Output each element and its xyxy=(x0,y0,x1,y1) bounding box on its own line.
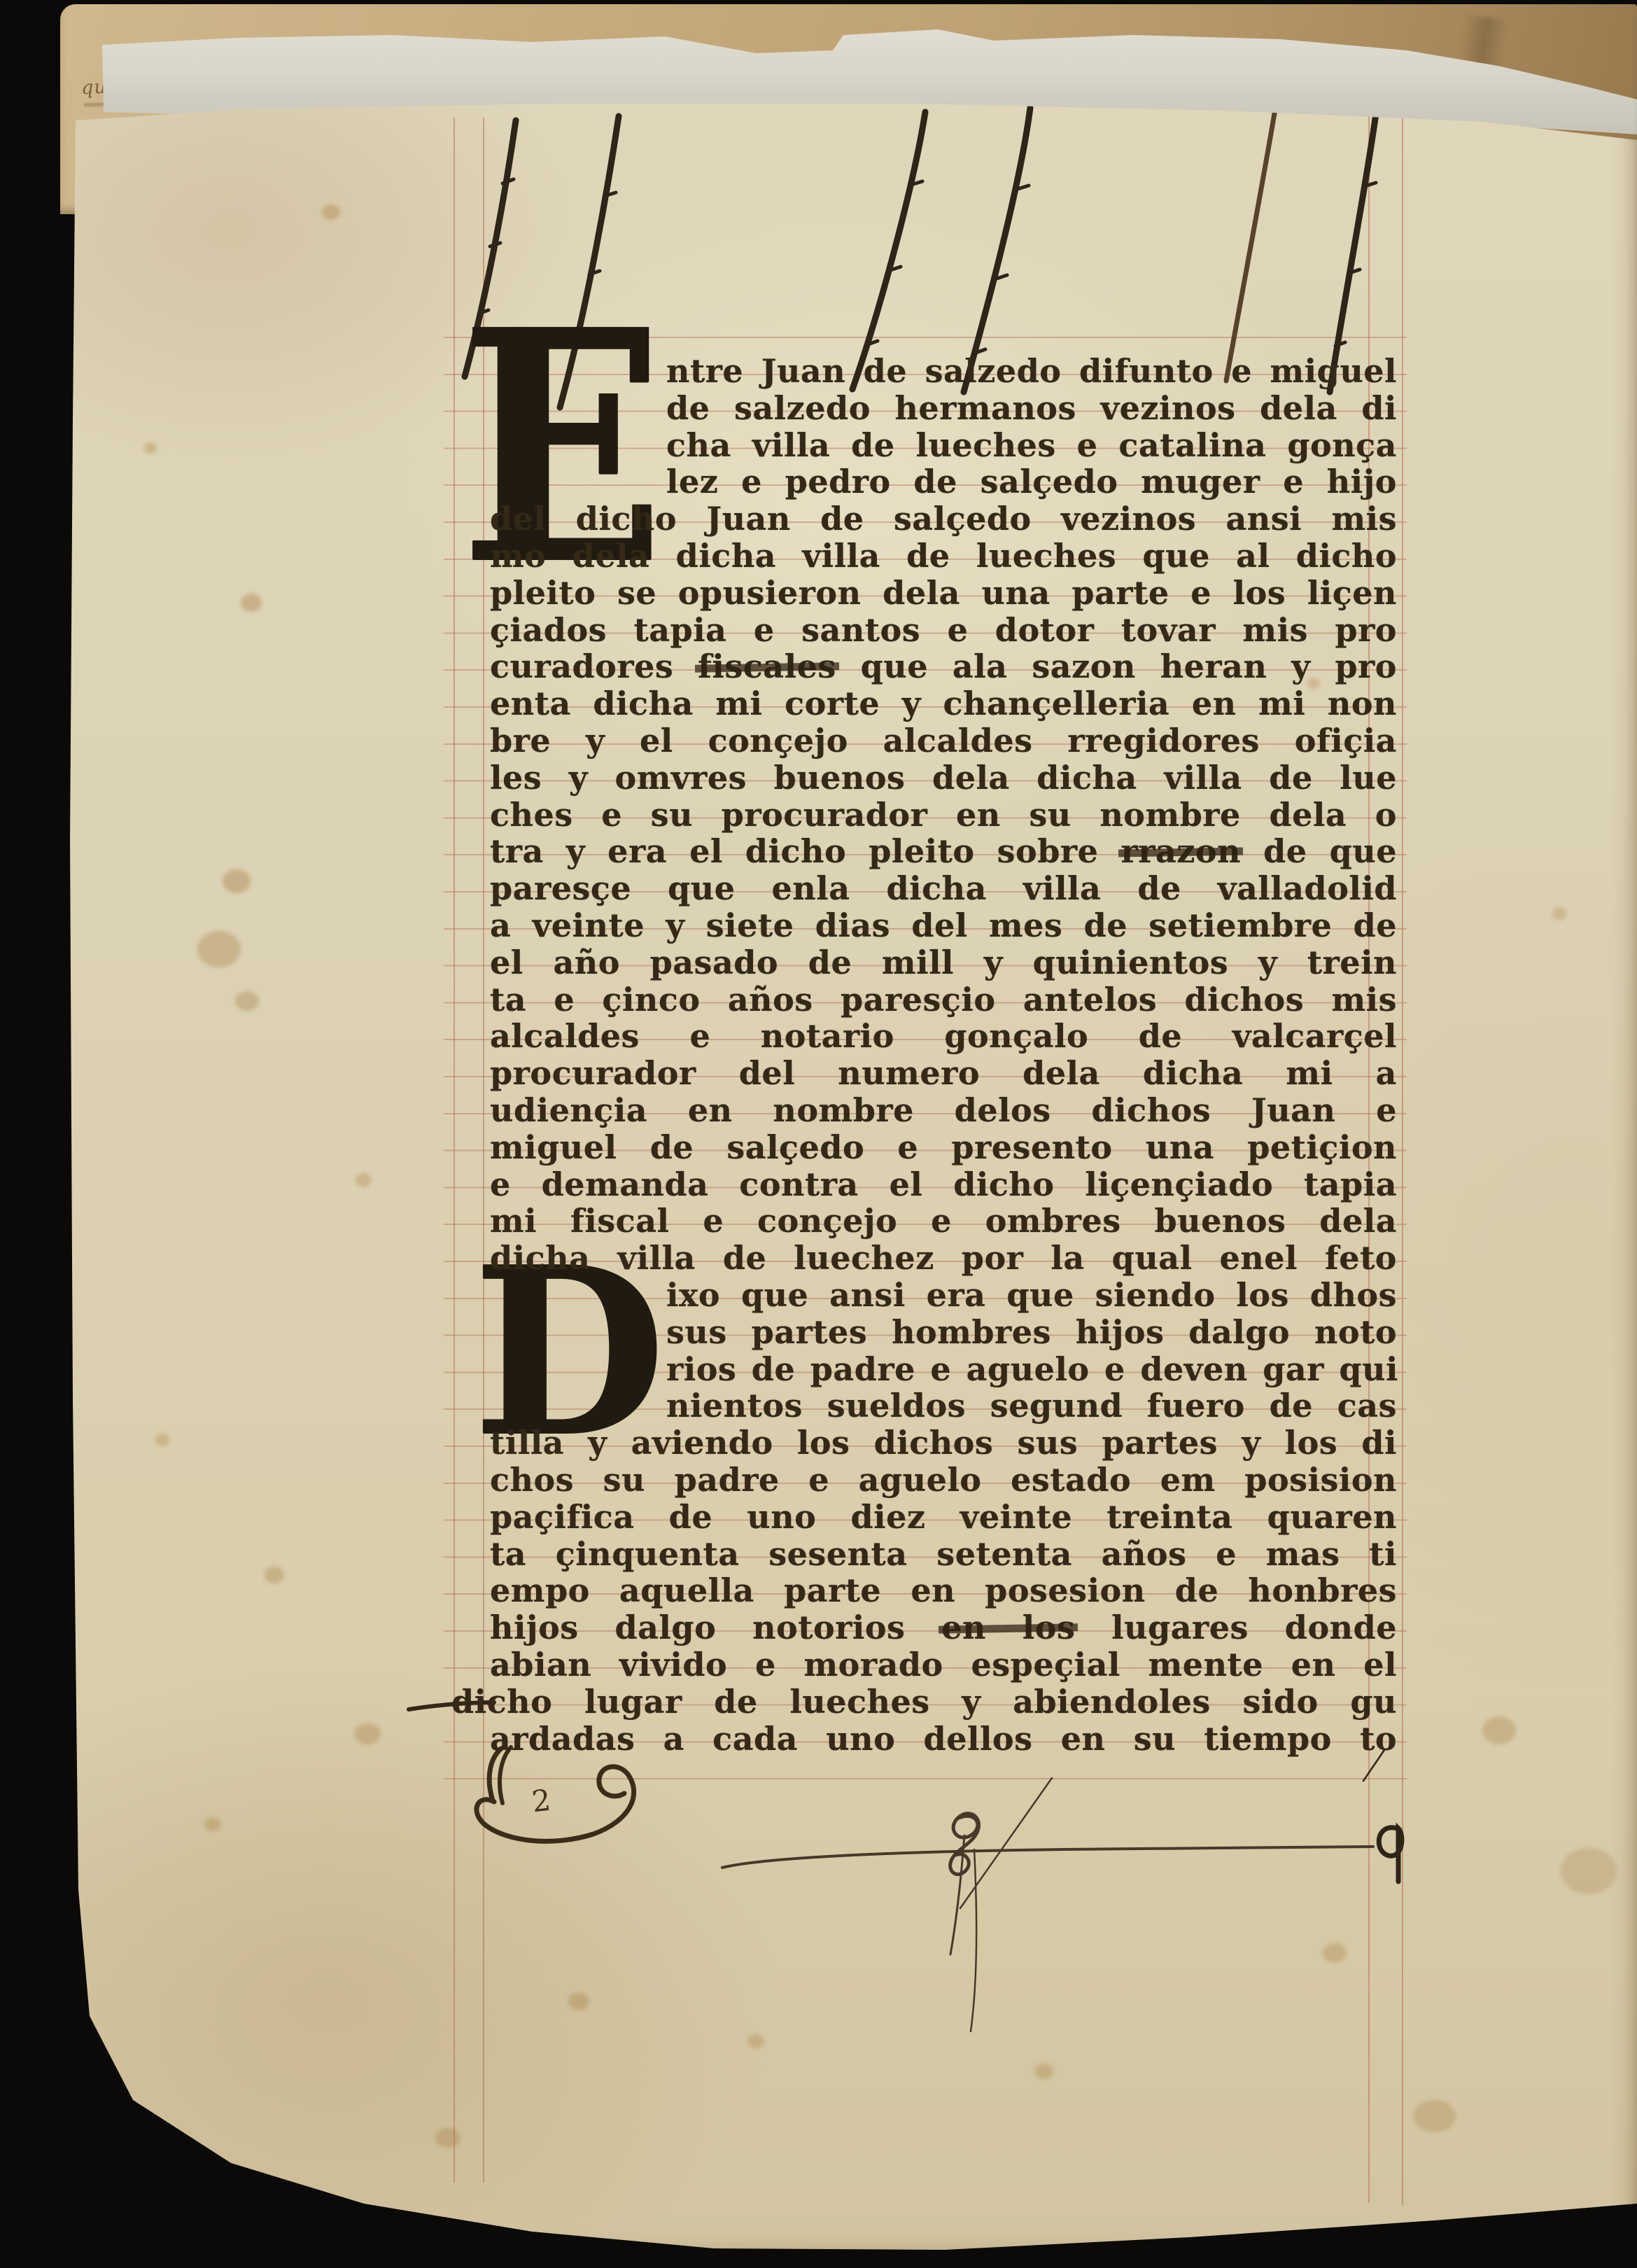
text-line: chos su padre e aguelo estado em posisio… xyxy=(490,1462,1397,1499)
text-line: paçifica de uno diez veinte treinta quar… xyxy=(490,1499,1397,1536)
text-line: alcaldes e notario gonçalo de valcarçel xyxy=(490,1018,1397,1056)
text-line: udiençia en nombre delos dichos Juan e xyxy=(490,1093,1397,1130)
text-line: rios de padre e aguelo e deven gar qui xyxy=(666,1352,1397,1389)
text-block: ntre Juan de salzedo difunto e miguelde … xyxy=(0,0,1637,2268)
text-line: miguel de salçedo e presento una petiçio… xyxy=(490,1130,1397,1167)
text-line: procurador del numero dela dicha mi a xyxy=(490,1056,1397,1093)
text-line: ta çinquenta sesenta setenta años e mas … xyxy=(490,1536,1397,1574)
text-line: ches e su procurador en su nombre dela o xyxy=(490,797,1397,834)
text-line: tilla y aviendo los dichos sus partes y … xyxy=(490,1425,1397,1462)
text-line: enta dicha mi corte y chançelleria en mi… xyxy=(490,686,1397,723)
text-line: e demanda contra el dicho liçençiado tap… xyxy=(490,1167,1397,1204)
text-line: del dicho Juan de salçedo vezinos ansi m… xyxy=(490,501,1397,538)
text-line: ixo que ansi era que siendo los dhos xyxy=(666,1277,1397,1315)
text-line: sus partes hombres hijos dalgo noto xyxy=(666,1315,1397,1352)
text-line: bre y el conçejo alcaldes rregidores ofi… xyxy=(490,723,1397,760)
manuscript-photo: quatro xyxy=(0,0,1637,2268)
text-line: les y omvres buenos dela dicha villa de … xyxy=(490,760,1397,797)
text-line: mi fiscal e conçejo e ombres buenos dela xyxy=(490,1203,1397,1240)
text-line: mo dela dicha villa de lueches que al di… xyxy=(490,538,1397,575)
text-line: dicho lugar de lueches y abiendoles sido… xyxy=(451,1684,1397,1721)
text-line: hijos dalgo notorios en los lugares dond… xyxy=(490,1610,1397,1647)
text-line: a veinte y siete dias del mes de setiemb… xyxy=(490,908,1397,945)
text-line: de salzedo hermanos vezinos dela di xyxy=(666,391,1397,428)
text-line: ardadas a cada uno dellos en su tiempo t… xyxy=(490,1721,1397,1758)
text-line: lez e pedro de salçedo muger e hijo xyxy=(666,464,1397,501)
text-line: empo aquella parte en posesion de honbre… xyxy=(490,1573,1397,1610)
text-line: ntre Juan de salzedo difunto e miguel xyxy=(666,353,1397,391)
parchment-page: E D ntre Juan de salzedo difunto e migue… xyxy=(0,0,1637,2268)
folio-number: 2 xyxy=(531,1783,553,1819)
text-line: pleito se opusieron dela una parte e los… xyxy=(490,575,1397,612)
text-line: abian vivido e morado espeçial mente en … xyxy=(490,1647,1397,1684)
text-line: paresçe que enla dicha villa de valladol… xyxy=(490,871,1397,908)
text-line: cha villa de lueches e catalina gonça xyxy=(666,428,1397,465)
text-line: tra y era el dicho pleito sobre rrazon d… xyxy=(490,834,1397,871)
text-line: curadores fiscales que ala sazon heran y… xyxy=(490,649,1397,686)
text-line: el año pasado de mill y quinientos y tre… xyxy=(490,945,1397,982)
text-line: nientos sueldos segund fuero de cas xyxy=(666,1388,1397,1425)
text-line: ta e çinco años paresçio antelos dichos … xyxy=(490,982,1397,1019)
text-line: dicha villa de luechez por la qual enel … xyxy=(490,1240,1397,1277)
text-line: çiados tapia e santos e dotor tovar mis … xyxy=(490,612,1397,650)
